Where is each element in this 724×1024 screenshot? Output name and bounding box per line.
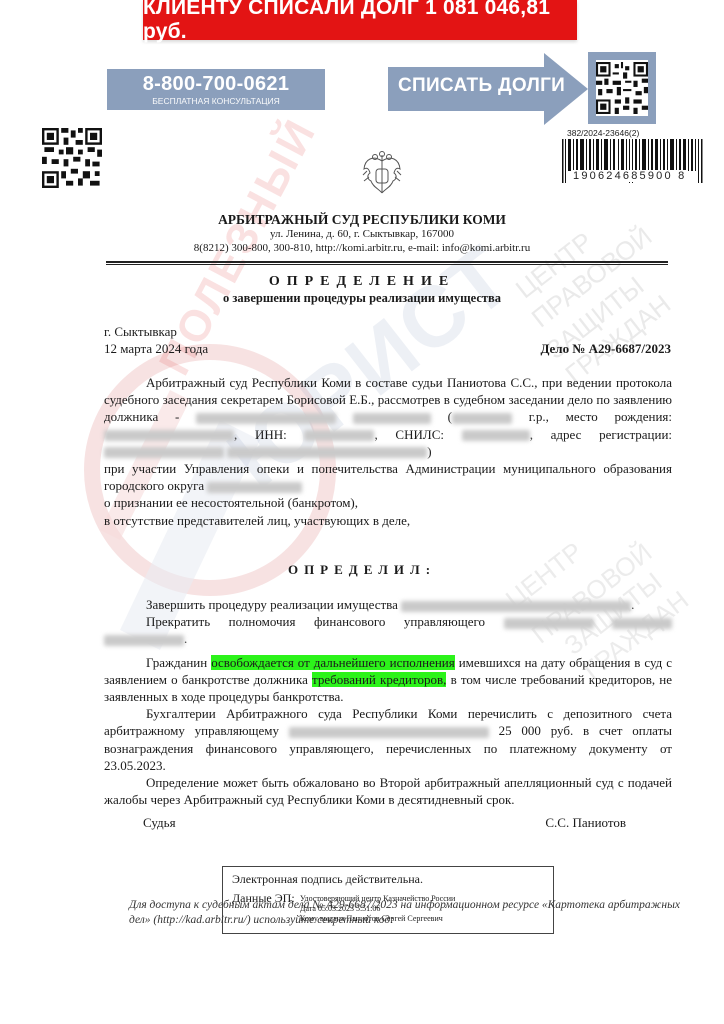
intro-text: г.р., место рождения: [529,409,672,424]
intro-text: при участии Управления опеки и попечител… [104,461,672,493]
document-subtitle: о завершении процедуры реализации имущес… [0,291,724,306]
qr-code-icon[interactable] [596,60,648,116]
barcode-number: 190624685900 8 [572,170,687,182]
redacted-manager-name [612,618,672,629]
header-divider [106,261,668,263]
highlight-creditor-claims: требований кредиторов, [312,672,446,687]
decided-heading: ОПРЕДЕЛИЛ: [0,562,724,578]
phone-number: 8-800-700-0621 [107,72,325,96]
appeal-text: Определение может быть обжаловано во Вто… [104,774,672,808]
qr-code-left-icon[interactable] [42,128,102,188]
document-title: ОПРЕДЕЛЕНИЕ [0,274,724,290]
ruling-text: Гражданин [146,655,207,670]
intro-text: ) [427,444,431,459]
highlight-released: освобождается от дальнейшего исполнения [211,655,455,670]
phone-consultation-button[interactable]: 8-800-700-0621 БЕСПЛАТНАЯ КОНСУЛЬТАЦИЯ [107,69,325,110]
redacted-city-district [207,482,302,493]
ruling-text: . [184,631,187,646]
redacted-address [104,447,224,458]
intro-text: , адрес регистрации: [530,427,672,442]
judge-label: Судья [143,815,176,831]
redacted-manager-name [104,635,184,646]
redacted-birthplace [104,430,234,441]
court-name: АРБИТРАЖНЫЙ СУД РЕСПУБЛИКИ КОМИ [0,212,724,228]
intro-text: о признании ее несостоятельной (банкрото… [104,494,672,511]
e-signature-valid: Электронная подпись действительна. [232,872,423,887]
ruling-text: Прекратить полномочия финансового управл… [146,614,485,629]
write-off-debts-button[interactable]: СПИСАТЬ ДОЛГИ [398,75,565,97]
intro-paragraph: Арбитражный суд Республики Коми в состав… [104,374,672,529]
header-divider-thin [106,264,668,265]
redacted-snils [462,430,530,441]
redacted-debtor-name [401,601,631,612]
case-number: Дело № А29-6687/2023 [540,341,671,357]
judge-name: С.С. Паниотов [545,815,626,831]
court-address: ул. Ленина, д. 60, г. Сыктывкар, 167000 [0,228,724,240]
intro-text: в отсутствие представителей лиц, участву… [104,512,672,529]
redacted-manager-name [289,727,489,738]
redacted-birthdate [452,413,512,424]
redacted-address-cont [227,447,427,458]
phone-caption: БЕСПЛАТНАЯ КОНСУЛЬТАЦИЯ [107,96,325,107]
document-date: 12 марта 2024 года [104,341,208,357]
court-contacts: 8(8212) 300-800, 300-810, http://komi.ar… [0,242,724,254]
rulings: Завершить процедуру реализации имущества… [104,596,672,808]
kad-access-note: Для доступа к судебным актам дела № А29-… [129,898,689,928]
debt-written-off-banner[interactable]: КЛИЕНТУ СПИСАЛИ ДОЛГ 1 081 046,81 руб. [143,0,577,40]
ruling-text: Завершить процедуру реализации имущества [146,597,398,612]
case-code: 382/2024-23646(2) [567,128,639,138]
redacted-debtor-name [196,413,336,424]
redacted-debtor-patronymic [353,413,431,424]
intro-text: , ИНН: [234,427,287,442]
intro-text: , СНИЛС: [374,427,444,442]
document-city: г. Сыктывкар [104,324,177,340]
coat-of-arms-icon [361,151,403,197]
ruling-text: . [631,597,634,612]
redacted-inn [304,430,374,441]
redacted-manager-name [504,618,594,629]
